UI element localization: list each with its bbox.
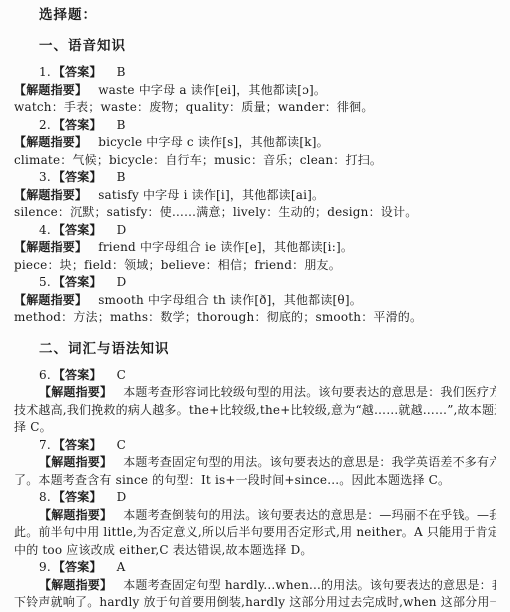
- explanation-text: 本题考查固定句型的用法。该句要表达的意思是：我学英语差不多有六年: [123, 455, 496, 469]
- explanation-label: 【解题指要】: [14, 188, 87, 202]
- explanation-label: 【解题指要】: [14, 135, 87, 149]
- answer-line: 6.【答案】C: [14, 367, 496, 385]
- explanation-text: 本题考查固定句型 hardly...when...的用法。该句要表达的意思是：我…: [123, 578, 496, 592]
- explanation-label: 【解题指要】: [14, 293, 87, 307]
- explanation-lead-line: 【解题指要】waste 中字母 a 读作[ei]，其他都读[ɔ]。: [14, 82, 496, 100]
- explanation-text: 本题考查倒装句的用法。该句要表达的意思是：—玛丽不在乎钱。—我也如: [123, 508, 496, 522]
- answer-line: 3.【答案】B: [14, 169, 496, 187]
- vocab-line: climate：气候；bicycle：自行车；music：音乐；clean：打扫…: [14, 152, 496, 170]
- question-block: 2.【答案】B 【解题指要】bicycle 中字母 c 读作[s]，其他都读[k…: [14, 117, 496, 170]
- answer-label: 【答案】: [53, 275, 102, 289]
- explanation-label: 【解题指要】: [39, 455, 112, 469]
- answer-label: 【答案】: [53, 170, 102, 184]
- question-block: 1.【答案】B 【解题指要】waste 中字母 a 读作[ei]，其他都读[ɔ]…: [14, 64, 496, 117]
- answer-value: D: [117, 275, 127, 289]
- explanation-label: 【解题指要】: [14, 240, 87, 254]
- explanation-text: bicycle 中字母 c 读作[s]，其他都读[k]。: [98, 135, 329, 149]
- answer-line: 8.【答案】D: [14, 489, 496, 507]
- question-number: 9.: [39, 560, 51, 574]
- answer-line: 4.【答案】D: [14, 222, 496, 240]
- explanation-text: 本题考查形容词比较级句型的用法。该句要表达的意思是：我们医疗方面的: [123, 385, 496, 399]
- answer-line: 5.【答案】D: [14, 274, 496, 292]
- explanation-line: 中的 too 应该改成 either,C 表达错误,故本题选择 D。: [14, 542, 496, 560]
- question-number: 3.: [39, 170, 51, 184]
- answer-value: B: [117, 118, 126, 132]
- section-heading: 一、语音知识: [14, 37, 496, 55]
- explanation-lead-line: 【解题指要】本题考查倒装句的用法。该句要表达的意思是：—玛丽不在乎钱。—我也如: [14, 507, 496, 525]
- explanation-line: 了。本题考查含有 since 的句型：It is+一段时间+since...。因…: [14, 472, 496, 490]
- explanation-label: 【解题指要】: [39, 385, 112, 399]
- answer-label: 【答案】: [53, 223, 102, 237]
- question-block: 9.【答案】A 【解题指要】本题考查固定句型 hardly...when...的…: [14, 559, 496, 612]
- document-page: 选择题： 一、语音知识 1.【答案】B 【解题指要】waste 中字母 a 读作…: [0, 0, 510, 612]
- answer-line: 9.【答案】A: [14, 559, 496, 577]
- question-block: 6.【答案】C 【解题指要】本题考查形容词比较级句型的用法。该句要表达的意思是：…: [14, 367, 496, 437]
- answer-value: A: [117, 560, 126, 574]
- section-phonetics: 一、语音知识 1.【答案】B 【解题指要】waste 中字母 a 读作[ei]，…: [14, 37, 496, 327]
- vocab-line: silence：沉默；satisfy：使……满意；lively：生动的；desi…: [14, 204, 496, 222]
- explanation-label: 【解题指要】: [39, 578, 112, 592]
- explanation-line: 择 C。: [14, 419, 496, 437]
- explanation-text: smooth 中字母组合 th 读作[ð]，其他都读[θ]。: [98, 293, 362, 307]
- answer-line: 2.【答案】B: [14, 117, 496, 135]
- question-number: 5.: [39, 275, 51, 289]
- answer-value: C: [117, 438, 126, 452]
- question-block: 4.【答案】D 【解题指要】friend 中字母组合 ie 读作[e]，其他都读…: [14, 222, 496, 275]
- explanation-text: waste 中字母 a 读作[ei]，其他都读[ɔ]。: [98, 83, 326, 97]
- explanation-lead-line: 【解题指要】bicycle 中字母 c 读作[s]，其他都读[k]。: [14, 134, 496, 152]
- answer-value: B: [117, 170, 126, 184]
- answer-label: 【答案】: [53, 118, 102, 132]
- explanation-lead-line: 【解题指要】本题考查形容词比较级句型的用法。该句要表达的意思是：我们医疗方面的: [14, 384, 496, 402]
- vocab-line: method：方法；maths：数学；thorough：彻底的；smooth：平…: [14, 309, 496, 327]
- explanation-lead-line: 【解题指要】friend 中字母组合 ie 读作[e]，其他都读[i:]。: [14, 239, 496, 257]
- question-block: 8.【答案】D 【解题指要】本题考查倒装句的用法。该句要表达的意思是：—玛丽不在…: [14, 489, 496, 559]
- vocab-line: watch：手表；waste：废物；quality：质量；wander：徘徊。: [14, 99, 496, 117]
- answer-label: 【答案】: [53, 490, 102, 504]
- answer-value: D: [117, 490, 127, 504]
- answer-label: 【答案】: [53, 438, 102, 452]
- answer-label: 【答案】: [53, 560, 102, 574]
- vocab-line: piece：块；field：领域；believe：相信；friend：朋友。: [14, 257, 496, 275]
- explanation-label: 【解题指要】: [39, 508, 112, 522]
- question-number: 6.: [39, 368, 51, 382]
- explanation-label: 【解题指要】: [14, 83, 87, 97]
- answer-label: 【答案】: [53, 368, 102, 382]
- explanation-text: friend 中字母组合 ie 读作[e]，其他都读[i:]。: [98, 240, 353, 254]
- explanation-text: satisfy 中字母 i 读作[i]，其他都读[ai]。: [98, 188, 324, 202]
- section-vocab-grammar: 二、词汇与语法知识 6.【答案】C 【解题指要】本题考查形容词比较级句型的用法。…: [14, 340, 496, 612]
- answer-value: C: [117, 368, 126, 382]
- explanation-lead-line: 【解题指要】本题考查固定句型 hardly...when...的用法。该句要表达…: [14, 577, 496, 595]
- question-number: 4.: [39, 223, 51, 237]
- answer-value: D: [117, 223, 127, 237]
- question-number: 7.: [39, 438, 51, 452]
- explanation-lead-line: 【解题指要】satisfy 中字母 i 读作[i]，其他都读[ai]。: [14, 187, 496, 205]
- question-number: 2.: [39, 118, 51, 132]
- question-block: 5.【答案】D 【解题指要】smooth 中字母组合 th 读作[ð]，其他都读…: [14, 274, 496, 327]
- page-title: 选择题：: [14, 6, 496, 24]
- question-number: 1.: [39, 65, 51, 79]
- answer-label: 【答案】: [53, 65, 102, 79]
- explanation-line: 技术越高,我们挽救的病人越多。the+比较级,the+比较级,意为“越……就越……: [14, 402, 496, 420]
- question-block: 3.【答案】B 【解题指要】satisfy 中字母 i 读作[i]，其他都读[a…: [14, 169, 496, 222]
- answer-line: 7.【答案】C: [14, 437, 496, 455]
- answer-line: 1.【答案】B: [14, 64, 496, 82]
- explanation-lead-line: 【解题指要】本题考查固定句型的用法。该句要表达的意思是：我学英语差不多有六年: [14, 454, 496, 472]
- question-number: 8.: [39, 490, 51, 504]
- explanation-line: 此。前半句中用 little,为否定意义,所以后半句要用否定形式,用 neith…: [14, 524, 496, 542]
- explanation-line: 下铃声就响了。hardly 放于句首要用倒装,hardly 这部分用过去完成时,…: [14, 594, 496, 612]
- question-block: 7.【答案】C 【解题指要】本题考查固定句型的用法。该句要表达的意思是：我学英语…: [14, 437, 496, 490]
- section-heading: 二、词汇与语法知识: [14, 340, 496, 358]
- explanation-lead-line: 【解题指要】smooth 中字母组合 th 读作[ð]，其他都读[θ]。: [14, 292, 496, 310]
- answer-value: B: [117, 65, 126, 79]
